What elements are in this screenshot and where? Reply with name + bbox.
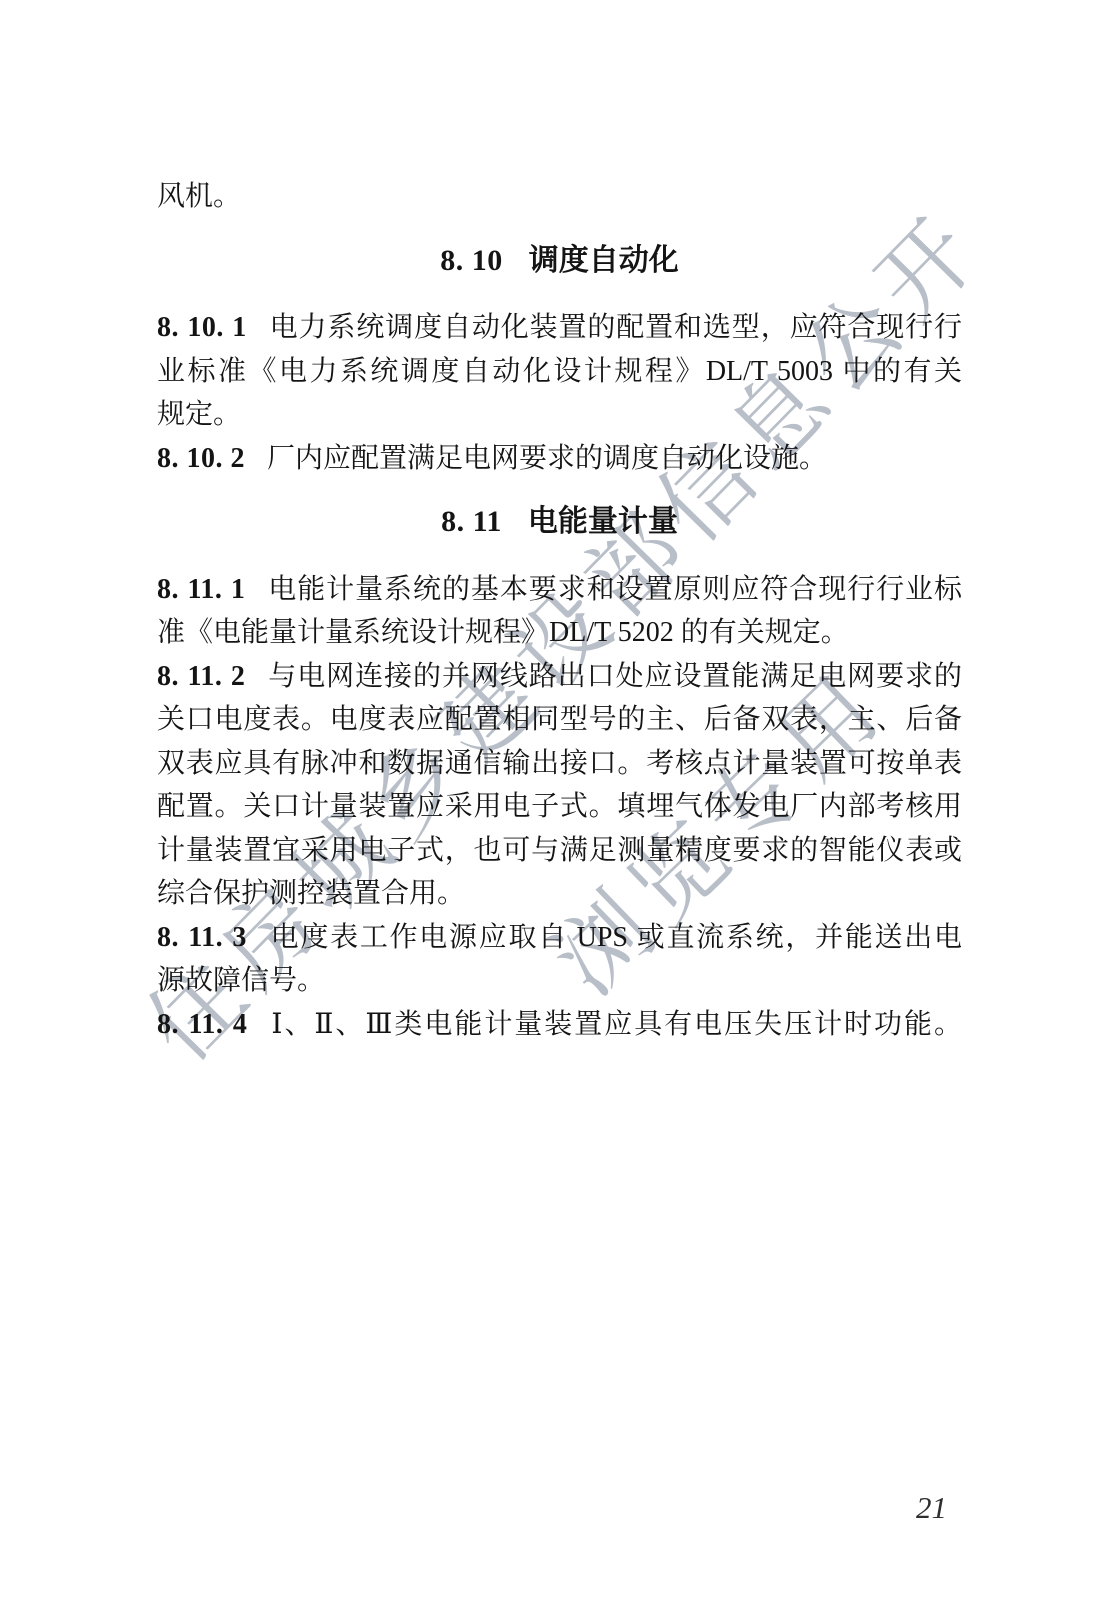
text-line: 风机。 bbox=[157, 175, 962, 219]
text-line: 准《电能量计量系统设计规程》DL/T 5202 的有关规定。 bbox=[157, 611, 962, 655]
line-text: 与电网连接的并网线路出口处应设置能满足电网要求的 bbox=[267, 661, 962, 692]
clause-number: 8. 10. 2 bbox=[157, 443, 245, 474]
text-line: 综合保护测控装置合用。 bbox=[157, 872, 962, 916]
section-number: 8. 10 bbox=[440, 244, 503, 277]
text-line: 关口电度表。电度表应配置相同型号的主、后备双表，主、后备 bbox=[157, 698, 962, 742]
text-line: 双表应具有脉冲和数据通信输出接口。考核点计量装置可按单表 bbox=[157, 742, 962, 786]
text-line: 计量装置宜采用电子式，也可与满足测量精度要求的智能仪表或 bbox=[157, 829, 962, 873]
line-text: 业标准《电力系统调度自动化设计规程》DL/T 5003 中的有关 bbox=[157, 356, 962, 387]
clause-first-line: 8. 11. 3电度表工作电源应取自 UPS 或直流系统，并能送出电 bbox=[157, 916, 962, 960]
clause-number: 8. 10. 1 bbox=[157, 312, 247, 343]
line-text: Ⅰ、Ⅱ、Ⅲ类电能计量装置应具有电压失压计时功能。 bbox=[269, 1009, 962, 1040]
line-text: 双表应具有脉冲和数据通信输出接口。考核点计量装置可按单表 bbox=[157, 748, 962, 779]
line-text: 电力系统调度自动化装置的配置和选型，应符合现行行 bbox=[269, 312, 962, 343]
line-text: 厂内应配置满足电网要求的调度自动化设施。 bbox=[267, 443, 827, 474]
text-line: 业标准《电力系统调度自动化设计规程》DL/T 5003 中的有关 bbox=[157, 350, 962, 394]
section-heading: 8. 10调度自动化 bbox=[157, 239, 962, 283]
section-heading: 8. 11电能量计量 bbox=[157, 500, 962, 544]
line-text: 源故障信号。 bbox=[157, 965, 325, 996]
text-line: 配置。关口计量装置应采用电子式。填埋气体发电厂内部考核用 bbox=[157, 785, 962, 829]
line-text: 准《电能量计量系统设计规程》DL/T 5202 的有关规定。 bbox=[157, 617, 849, 648]
section-number: 8. 11 bbox=[441, 505, 502, 538]
section-title: 调度自动化 bbox=[529, 244, 679, 277]
line-text: 风机。 bbox=[157, 181, 241, 212]
line-text: 计量装置宜采用电子式，也可与满足测量精度要求的智能仪表或 bbox=[157, 835, 962, 866]
line-text: 配置。关口计量装置应采用电子式。填埋气体发电厂内部考核用 bbox=[157, 791, 962, 822]
clause-number: 8. 11. 2 bbox=[157, 661, 245, 692]
text-line: 源故障信号。 bbox=[157, 959, 962, 1003]
line-text: 关口电度表。电度表应配置相同型号的主、后备双表，主、后备 bbox=[157, 704, 962, 735]
page-number: 21 bbox=[916, 1490, 947, 1526]
clause-number: 8. 11. 1 bbox=[157, 574, 245, 605]
section-title: 电能量计量 bbox=[528, 505, 678, 538]
clause-first-line: 8. 11. 2与电网连接的并网线路出口处应设置能满足电网要求的 bbox=[157, 655, 962, 699]
text-line: 规定。 bbox=[157, 393, 962, 437]
clause-number: 8. 11. 3 bbox=[157, 922, 247, 953]
line-text: 电能计量系统的基本要求和设置原则应符合现行行业标 bbox=[267, 574, 962, 605]
clause-first-line: 8. 11. 4Ⅰ、Ⅱ、Ⅲ类电能计量装置应具有电压失压计时功能。 bbox=[157, 1003, 962, 1047]
clause-first-line: 8. 10. 1电力系统调度自动化装置的配置和选型，应符合现行行 bbox=[157, 306, 962, 350]
line-text: 电度表工作电源应取自 UPS 或直流系统，并能送出电 bbox=[269, 922, 962, 953]
document-page: 住房城乡建设部信息公开 浏览专用 风机。8. 10调度自动化8. 10. 1电力… bbox=[0, 0, 1103, 1597]
line-text: 规定。 bbox=[157, 399, 241, 430]
line-text: 综合保护测控装置合用。 bbox=[157, 878, 465, 909]
clause-first-line: 8. 10. 2厂内应配置满足电网要求的调度自动化设施。 bbox=[157, 437, 962, 481]
document-body: 风机。8. 10调度自动化8. 10. 1电力系统调度自动化装置的配置和选型，应… bbox=[0, 0, 1103, 1597]
clause-number: 8. 11. 4 bbox=[157, 1009, 247, 1040]
clause-first-line: 8. 11. 1电能计量系统的基本要求和设置原则应符合现行行业标 bbox=[157, 568, 962, 612]
